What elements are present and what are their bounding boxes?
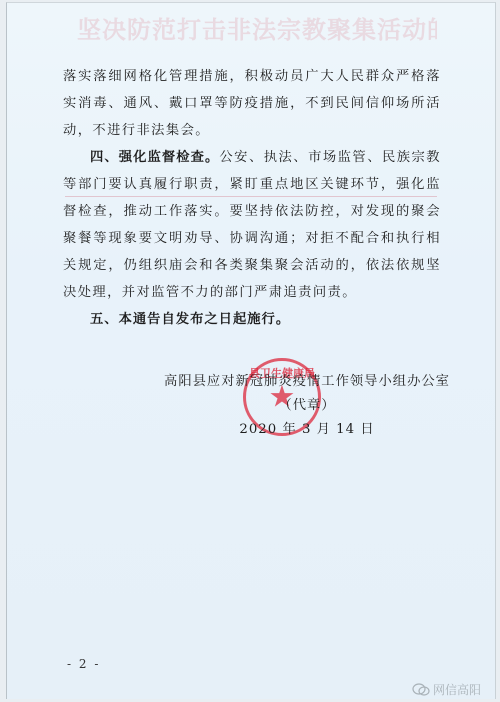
section-4-heading: 四、强化监督检查。 — [90, 150, 219, 165]
document-body: 落实落细网格化管理措施，积极动员广大人民群众严格落实消毒、通风、戴口罩等防疫措施… — [63, 41, 441, 333]
paragraph-1-text: 落实落细网格化管理措施，积极动员广大人民群众严格落实消毒、通风、戴口罩等防疫措施… — [63, 69, 441, 138]
paragraph-2: 四、强化监督检查。公安、执法、市场监管、民族宗教等部门要认真履行职责，紧盯重点地… — [63, 144, 441, 306]
section-5-heading: 五、本通告自发布之日起施行。 — [90, 312, 290, 327]
page-number: - 2 - — [67, 657, 100, 671]
paragraph-3: 五、本通告自发布之日起施行。 — [63, 306, 441, 333]
seal-note: （代章） — [147, 394, 467, 418]
signature-block: 高阳县应对新冠肺炎疫情工作领导小组办公室 （代章） 2020 年 3 月 14 … — [147, 370, 467, 442]
paragraph-1: 落实落细网格化管理措施，积极动员广大人民群众严格落实消毒、通风、戴口罩等防疫措施… — [63, 63, 441, 144]
document-page: 坚决防范打击非法宗教聚集活动的通知 作为统计 落实落细网格化管理措施，积极动员广… — [6, 2, 496, 699]
red-mark-line — [65, 196, 437, 197]
paragraph-2-text: 公安、执法、市场监管、民族宗教等部门要认真履行职责，紧盯重点地区关键环节，强化监… — [63, 150, 441, 300]
issue-date: 2020 年 3 月 14 日 — [147, 418, 467, 442]
signing-organization: 高阳县应对新冠肺炎疫情工作领导小组办公室 — [147, 370, 467, 394]
watermark-label: 网信高阳 — [433, 681, 481, 698]
watermark: 网信高阳 — [412, 681, 481, 698]
wechat-icon — [412, 683, 430, 696]
